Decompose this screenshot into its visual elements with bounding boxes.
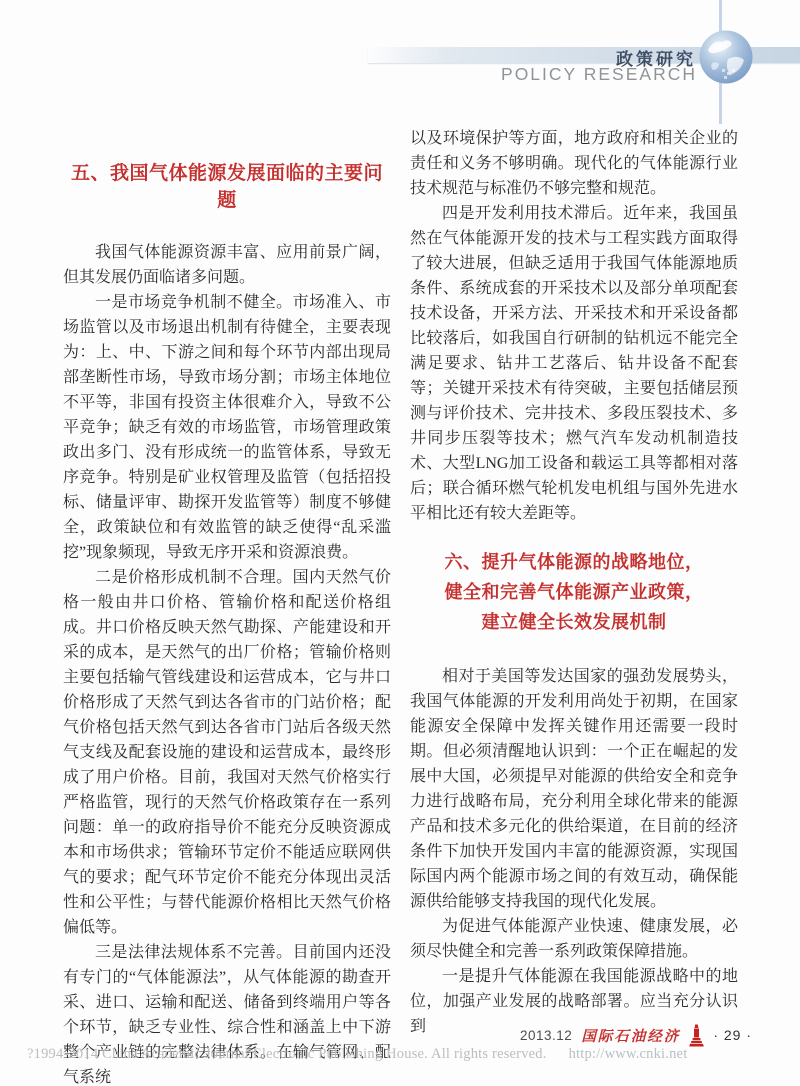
globe-logo-icon (698, 29, 754, 85)
article-body: 五、我国气体能源发展面临的主要问题 我国气体能源资源丰富、应用前景广阔，但其发展… (63, 126, 738, 1086)
issue-date: 2013.12 (520, 1028, 572, 1043)
paragraph-continuation: 以及环境保护等方面，地方政府和相关企业的责任和义务不够明确。现代化的气体能源行业… (410, 126, 738, 201)
section-banner-en: POLICY RESEARCH (501, 64, 697, 85)
paragraph: 一是市场竞争机制不健全。市场准入、市场监管以及市场退出机制有待健全，主要表现为：… (63, 290, 391, 565)
copyright-text: ?1994-2014 China Academic Journal Electr… (27, 1046, 547, 1062)
section6-heading-line3: 建立健全长效发展机制 (416, 607, 732, 637)
paragraph: 为促进气体能源产业快速、健康发展，必须尽快健全和完善一系列政策保障措施。 (410, 914, 738, 964)
paragraph: 相对于美国等发达国家的强劲发展势头，我国气体能源的开发利用尚处于初期，在国家能源… (410, 664, 738, 914)
right-column: 以及环境保护等方面，地方政府和相关企业的责任和义务不够明确。现代化的气体能源行业… (410, 126, 738, 1086)
left-column: 五、我国气体能源发展面临的主要问题 我国气体能源资源丰富、应用前景广阔，但其发展… (63, 126, 391, 1086)
journal-name: 国际石油经济 (581, 1025, 680, 1046)
journal-tower-logo-icon (689, 1024, 704, 1047)
journal-page: 政策研究 POLICY RESEARCH 五、我国气体能源发展面临的主要问题 我… (0, 0, 800, 1086)
copyright-watermark: ?1994-2014 China Academic Journal Electr… (27, 1046, 687, 1063)
paragraph: 三是法律法规体系不完善。目前国内还没有专门的“气体能源法”，从气体能源的勘查开采… (63, 940, 391, 1086)
page-number: · 29 · (713, 1027, 752, 1043)
section6-heading: 六、提升气体能源的战略地位， 健全和完善气体能源产业政策， 建立健全长效发展机制 (416, 547, 732, 637)
paragraph: 二是价格形成机制不合理。国内天然气价格一般由井口价格、管输价格和配送价格组成。井… (63, 565, 391, 940)
cnki-url: http://www.cnki.net (569, 1046, 688, 1062)
section6-heading-line2: 健全和完善气体能源产业政策， (416, 577, 732, 607)
section5-heading: 五、我国气体能源发展面临的主要问题 (63, 158, 391, 212)
section6-heading-line1: 六、提升气体能源的战略地位， (416, 547, 732, 577)
paragraph: 我国气体能源资源丰富、应用前景广阔，但其发展仍面临诸多问题。 (63, 240, 391, 290)
paragraph: 四是开发利用技术滞后。近年来，我国虽然在气体能源开发的技术与工程实践方面取得了较… (410, 201, 738, 526)
page-footer: 2013.12 国际石油经济 · 29 · (520, 1024, 752, 1046)
